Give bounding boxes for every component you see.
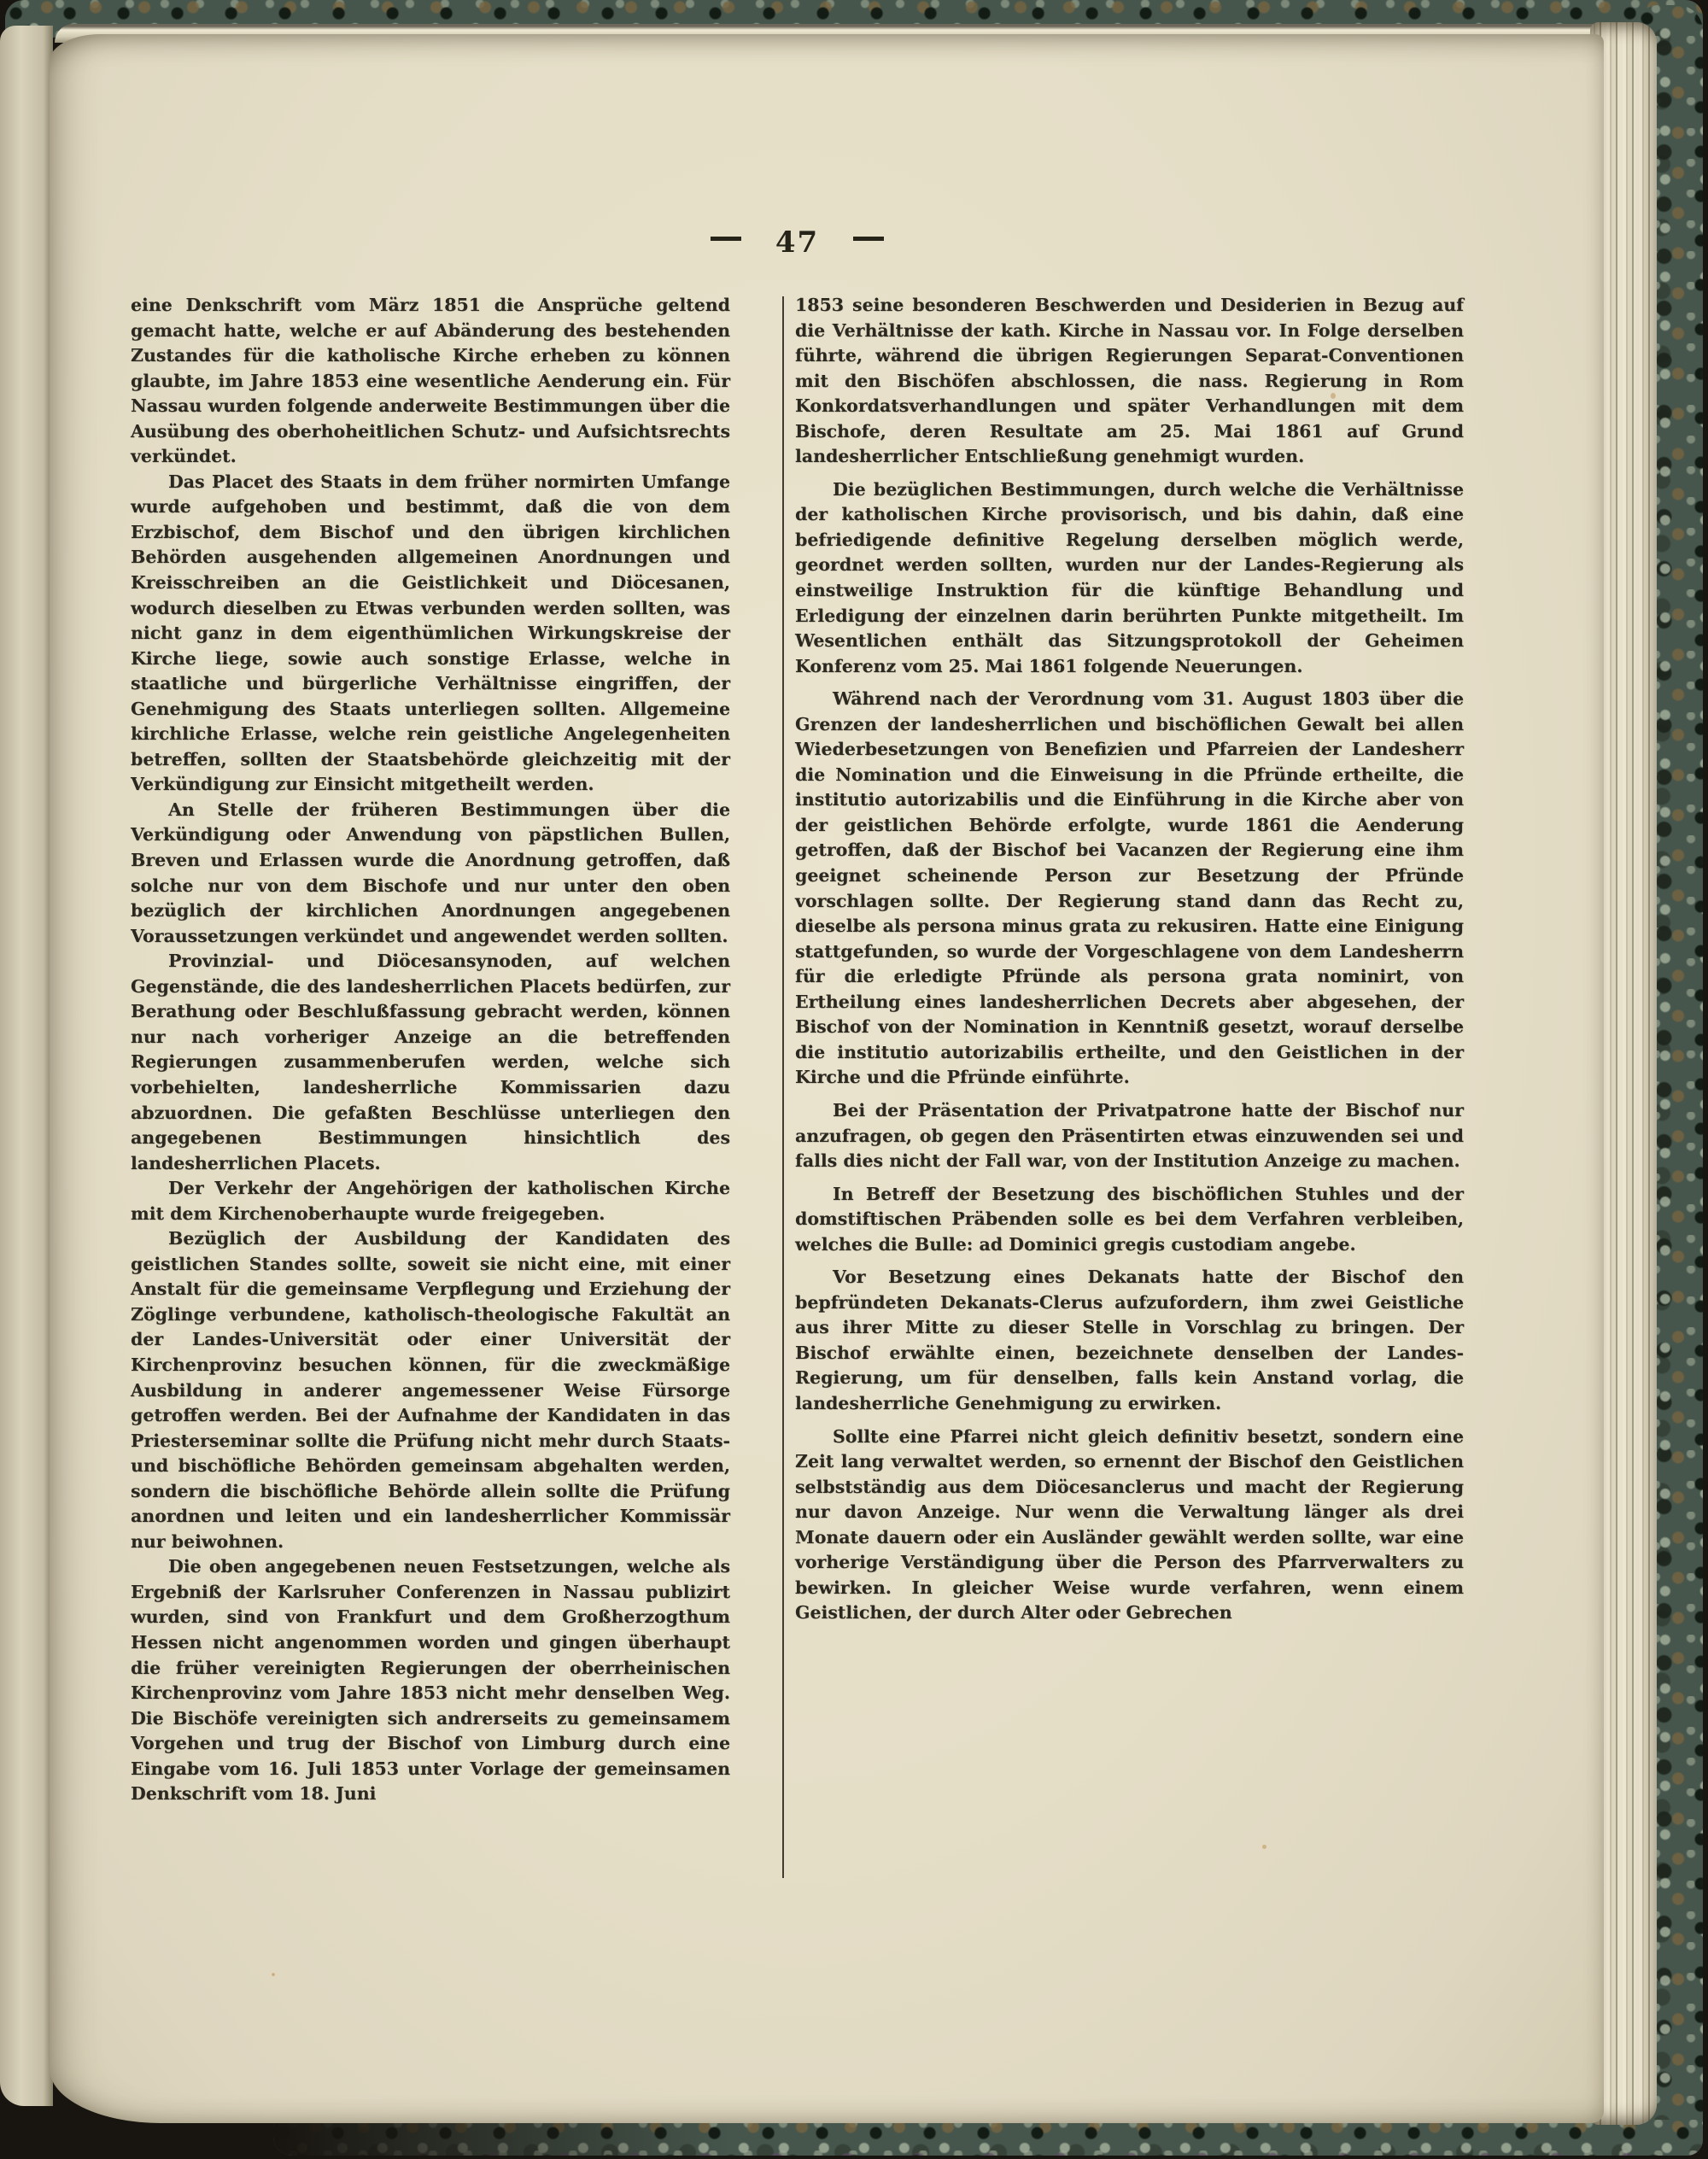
paragraph: Sollte eine Pfarrei nicht gleich definit… [795,1425,1464,1626]
paragraph: Die oben angegebenen neuen Festsetzungen… [131,1554,730,1806]
page-number: 47 [775,225,819,260]
paragraph: Bei der Präsentation der Privatpatrone h… [795,1098,1464,1174]
paragraph: eine Denkschrift vom März 1851 die Anspr… [131,293,730,470]
gutter-previous-page-edge [0,26,53,2106]
page-header: —47— [131,225,1464,260]
paragraph: Bezüglich der Ausbildung der Kandidaten … [131,1226,730,1554]
column-divider-rule [782,296,784,1878]
paragraph: Während nach der Verordnung vom 31. Augu… [795,687,1464,1091]
header-left-dash: — [711,237,741,241]
paragraph: In Betreff der Besetzung des bischöflich… [795,1182,1464,1258]
book-page: —47— eine Denkschrift vom März 1851 die … [50,34,1604,2123]
text-column-left: eine Denkschrift vom März 1851 die Anspr… [131,293,730,1878]
marbled-cover-bottom-edge [273,2120,1703,2156]
two-column-text-block: eine Denkschrift vom März 1851 die Anspr… [131,293,1464,1878]
header-right-dash: — [853,237,884,241]
paragraph: An Stelle der früheren Bestimmungen über… [131,798,730,949]
paragraph: Der Verkehr der Angehörigen der katholis… [131,1176,730,1226]
paragraph: Die bezüglichen Bestimmungen, durch welc… [795,477,1464,679]
foxing-speck [272,1973,275,1976]
paragraph: Vor Besetzung eines Dekanats hatte der B… [795,1265,1464,1416]
paragraph: 1853 seine besonderen Beschwerden und De… [795,293,1464,470]
paragraph: Das Placet des Staats in dem früher norm… [131,470,730,798]
paragraph: Provinzial- und Diöcesansynoden, auf wel… [131,949,730,1176]
text-column-right: 1853 seine besonderen Beschwerden und De… [795,293,1464,1878]
